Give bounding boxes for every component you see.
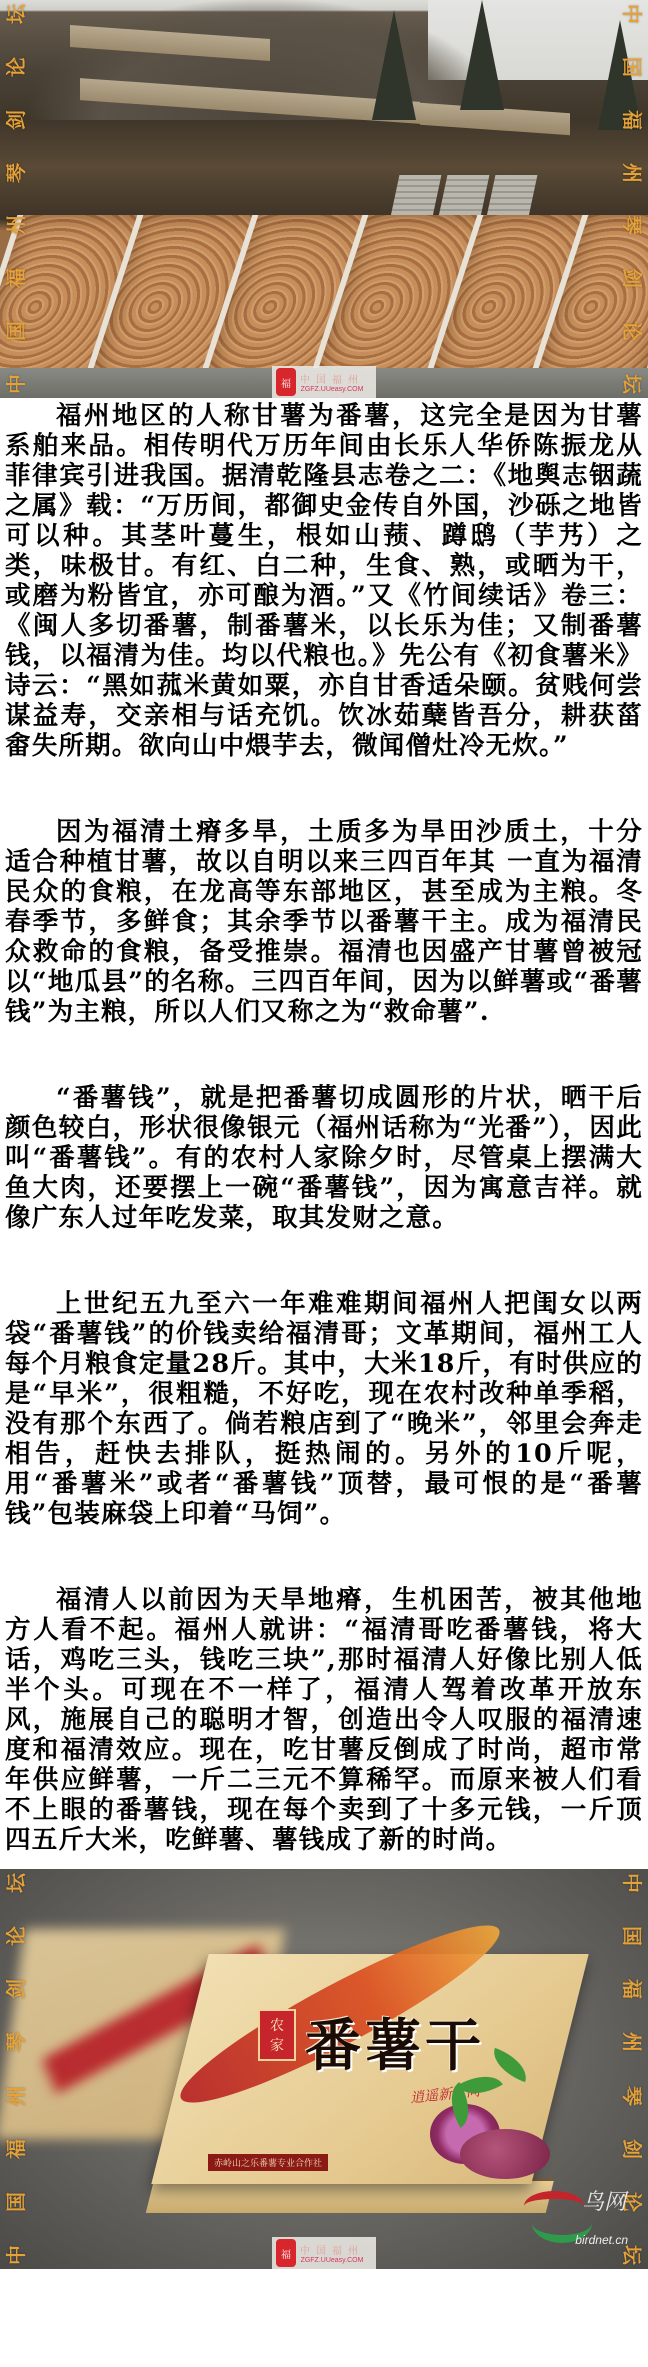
watermark-char: 坛 bbox=[622, 374, 642, 394]
birdnet-logo-cn: 鸟网 bbox=[582, 2185, 626, 2216]
product-box: 农 家 番薯干 逍遥新食尚 赤岭山之乐番薯专业合作社 bbox=[140, 1954, 570, 2214]
product-box-photo: 农 家 番薯干 逍遥新食尚 赤岭山之乐番薯专业合作社 中 国 福 州 琴 剑 论… bbox=[0, 1869, 648, 2269]
watermark-char: 琴 bbox=[6, 2032, 26, 2052]
paragraph-spacer bbox=[5, 761, 643, 817]
watermark-char: 论 bbox=[622, 321, 642, 341]
watermark-char: 福 bbox=[622, 1979, 642, 1999]
watermark-char: 中 bbox=[622, 1873, 642, 1893]
box-side bbox=[146, 2179, 554, 2213]
watermark-char: 剑 bbox=[622, 268, 642, 288]
watermark-char: 琴 bbox=[622, 2086, 642, 2106]
site-logo-url: ZGFZ.UUeasy.COM bbox=[301, 386, 364, 393]
watermark-char: 中 bbox=[622, 4, 642, 24]
watermark-char: 论 bbox=[6, 1926, 26, 1946]
watermark-char: 剑 bbox=[6, 1979, 26, 1999]
purple-sweet-potato bbox=[460, 2129, 550, 2179]
watermark-char: 州 bbox=[6, 215, 26, 235]
paragraph-hard-times: 上世纪五九至六一年难难期间福州人把闺女以两袋“番薯钱”的价钱卖给福清哥；文革期间… bbox=[5, 1289, 643, 1529]
watermark-vertical-left: 中 国 福 州 琴 剑 论 坛 bbox=[3, 1873, 29, 2265]
maker-label: 赤岭山之乐番薯专业合作社 bbox=[208, 2154, 328, 2171]
product-title: 番薯干 bbox=[305, 2002, 485, 2082]
watermark-char: 国 bbox=[622, 57, 642, 77]
birdnet-logo: 鸟网 birdnet.cn bbox=[524, 2181, 634, 2251]
watermark-char: 州 bbox=[622, 163, 642, 183]
watermark-char: 州 bbox=[622, 2032, 642, 2052]
site-logo-cn: 中国福州 bbox=[300, 2242, 364, 2257]
watermark-char: 论 bbox=[6, 57, 26, 77]
watermark-char: 坛 bbox=[6, 4, 26, 24]
tree bbox=[460, 0, 504, 110]
site-logo-url: ZGFZ.UUeasy.COM bbox=[301, 2257, 364, 2264]
site-logo-cn: 中国福州 bbox=[300, 371, 364, 386]
watermark-vertical-left: 中 国 福 州 琴 剑 论 坛 bbox=[3, 4, 29, 394]
article-body: 福州地区的人称甘薯为番薯，这完全是因为甘薯系舶来品。相传明代万历年间由长乐人华侨… bbox=[0, 398, 648, 1855]
watermark-char: 福 bbox=[6, 268, 26, 288]
watermark-char: 琴 bbox=[6, 163, 26, 183]
paragraph-lifesaving-potato: 因为福清土瘠多旱，土质多为旱田沙质土，十分适合种植甘薯，故以自明以来三四百年其 … bbox=[5, 817, 643, 1027]
article-page: 中 国 福 州 琴 剑 论 坛 中 国 福 州 琴 剑 论 坛 福 中国福州 Z… bbox=[0, 0, 648, 2269]
watermark-char: 坛 bbox=[6, 1873, 26, 1893]
watermark-char: 中 bbox=[6, 2245, 26, 2265]
paragraph-origin: 福州地区的人称甘薯为番薯，这完全是因为甘薯系舶来品。相传明代万历年间由长乐人华侨… bbox=[5, 401, 643, 761]
paragraph-new-fashion: 福清人以前因为天旱地瘠，生机困苦，被其他地方人看不起。福州人就讲：“福清哥吃番薯… bbox=[5, 1585, 643, 1855]
farm-label-char: 农 bbox=[270, 2015, 284, 2035]
watermark-char: 国 bbox=[6, 2192, 26, 2212]
watermark-char: 剑 bbox=[622, 2139, 642, 2159]
watermark-char: 州 bbox=[6, 2086, 26, 2106]
paragraph-spacer bbox=[5, 1529, 643, 1585]
watermark-char: 国 bbox=[622, 1926, 642, 1946]
farm-label: 农 家 bbox=[258, 2009, 296, 2061]
farm-label-char: 家 bbox=[270, 2035, 284, 2055]
watermark-char: 国 bbox=[6, 321, 26, 341]
watermark-char: 福 bbox=[622, 110, 642, 130]
site-watermark-logo: 福 中国福州 ZGFZ.UUeasy.COM bbox=[272, 366, 376, 398]
watermark-vertical-right: 中 国 福 州 琴 剑 论 坛 bbox=[619, 4, 645, 394]
birdnet-logo-en: birdnet.cn bbox=[575, 2233, 628, 2247]
watermark-char: 福 bbox=[6, 2139, 26, 2159]
paragraph-spacer bbox=[5, 1233, 643, 1289]
watermark-char: 中 bbox=[6, 374, 26, 394]
seal-icon: 福 bbox=[276, 368, 296, 396]
watermark-char: 剑 bbox=[6, 110, 26, 130]
paragraph-potato-coins: “番薯钱”，就是把番薯切成圆形的片状，晒干后颜色较白，形状很像银元（福州话称为“… bbox=[5, 1083, 643, 1233]
paragraph-spacer bbox=[5, 1027, 643, 1083]
site-watermark-logo: 福 中国福州 ZGFZ.UUeasy.COM bbox=[272, 2237, 376, 2269]
watermark-char: 琴 bbox=[622, 215, 642, 235]
tree bbox=[372, 10, 416, 120]
sweet-potato-drying-photo: 中 国 福 州 琴 剑 论 坛 中 国 福 州 琴 剑 论 坛 福 中国福州 Z… bbox=[0, 0, 648, 398]
seal-icon: 福 bbox=[276, 2239, 296, 2267]
